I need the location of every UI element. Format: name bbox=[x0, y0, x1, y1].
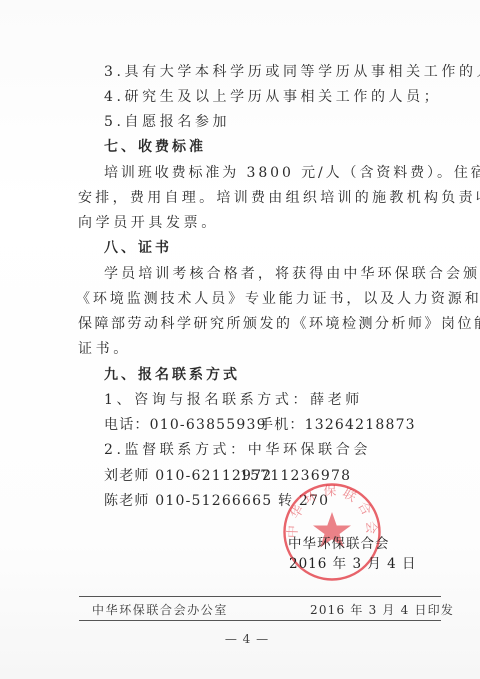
eligibility-item-5: 5.自愿报名参加 bbox=[104, 111, 230, 133]
footer-issuer: 中华环保联合会办公室 bbox=[92, 601, 228, 618]
contact-phone-line: 电话：010-63855939 手机：13264218873 bbox=[104, 414, 424, 436]
document-page: 3.具有大学本科学历或同等学历从事相关工作的人员； 4.研究生及以上学历从事相关… bbox=[0, 0, 480, 679]
signature-organization: 中华环保联合会 bbox=[288, 532, 390, 552]
section-heading-contact: 九、报名联系方式 bbox=[104, 364, 240, 386]
eligibility-item-3: 3.具有大学本科学历或同等学历从事相关工作的人员； bbox=[104, 61, 480, 83]
phone-number: 电话：010-63855939 bbox=[104, 414, 267, 436]
certificate-paragraph-line-1: 学员培训考核合格者，将获得由中华环保联合会颁发的 bbox=[104, 263, 480, 285]
fees-paragraph-line-1: 培训班收费标准为 3800 元/人（含资料费）。住宿统一 bbox=[104, 162, 480, 184]
certificate-paragraph-line-4: 证书。 bbox=[78, 338, 131, 360]
certificate-paragraph-line-2: 《环境监测技术人员》专业能力证书，以及人力资源和社会 bbox=[76, 288, 480, 310]
fees-paragraph-line-2: 安排，费用自理。培训费由组织培训的施教机构负责收取并 bbox=[78, 187, 480, 209]
page-number: — 4 — bbox=[0, 632, 480, 646]
footer-top-rule bbox=[79, 596, 441, 597]
certificate-paragraph-line-3: 保障部劳动科学研究所颁发的《环境检测分析师》岗位能力 bbox=[78, 313, 480, 335]
footer-bottom-rule bbox=[79, 620, 441, 621]
signature-date: 2016 年 3 月 4 日 bbox=[289, 552, 417, 572]
contact-supervision-line: 2.监督联系方式：中华环保联合会 bbox=[104, 439, 371, 461]
footer-issue-date: 2016 年 3 月 4 日印发 bbox=[310, 601, 454, 618]
mobile-number: 手机：13264218873 bbox=[259, 414, 416, 436]
contact-registration-line: 1、咨询与报名联系方式：薛老师 bbox=[104, 389, 363, 411]
fees-paragraph-line-3: 向学员开具发票。 bbox=[78, 212, 219, 234]
section-heading-fees: 七、收费标准 bbox=[104, 136, 206, 158]
eligibility-item-4: 4.研究生及以上学历从事相关工作的人员； bbox=[104, 86, 441, 108]
section-heading-certificate: 八、证书 bbox=[104, 237, 172, 259]
